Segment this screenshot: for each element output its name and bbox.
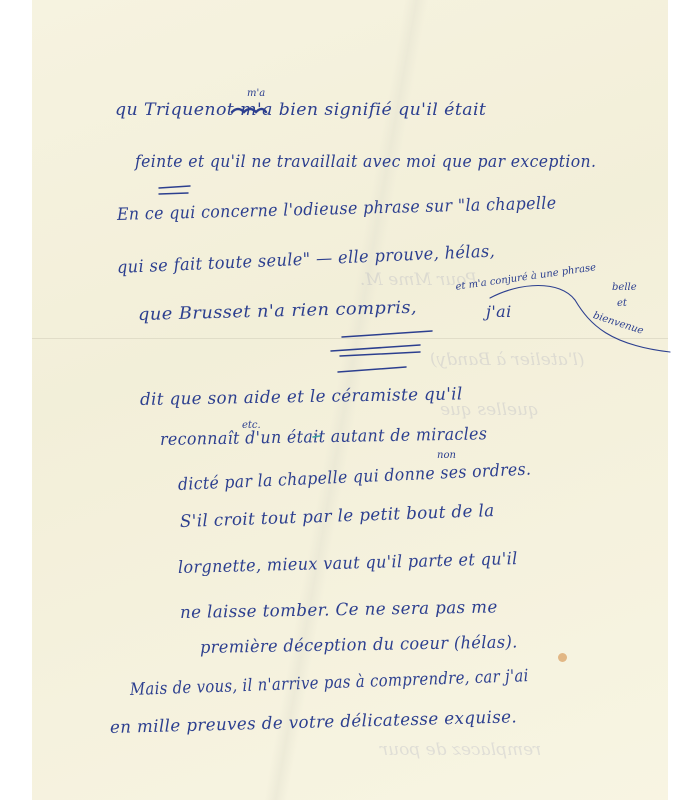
bleed-through-text: remplacez de pour [380,740,541,760]
margin-note: et [617,298,627,309]
bleed-through-text: (l'atelier à Bandy) [430,350,584,370]
paper-fold-line [32,338,668,339]
margin-note: belle [612,282,637,293]
interlinear-insert: m'a [247,88,265,99]
inserted-words: j'ai [486,302,512,321]
letter-line-2: feinte et qu'il ne travaillait avec moi … [135,152,596,172]
interlinear-insert: non [437,450,456,461]
paper-stain [558,653,567,662]
letter-line-1: qu Triquenot m'a bien signifié qu'il éta… [115,100,486,120]
